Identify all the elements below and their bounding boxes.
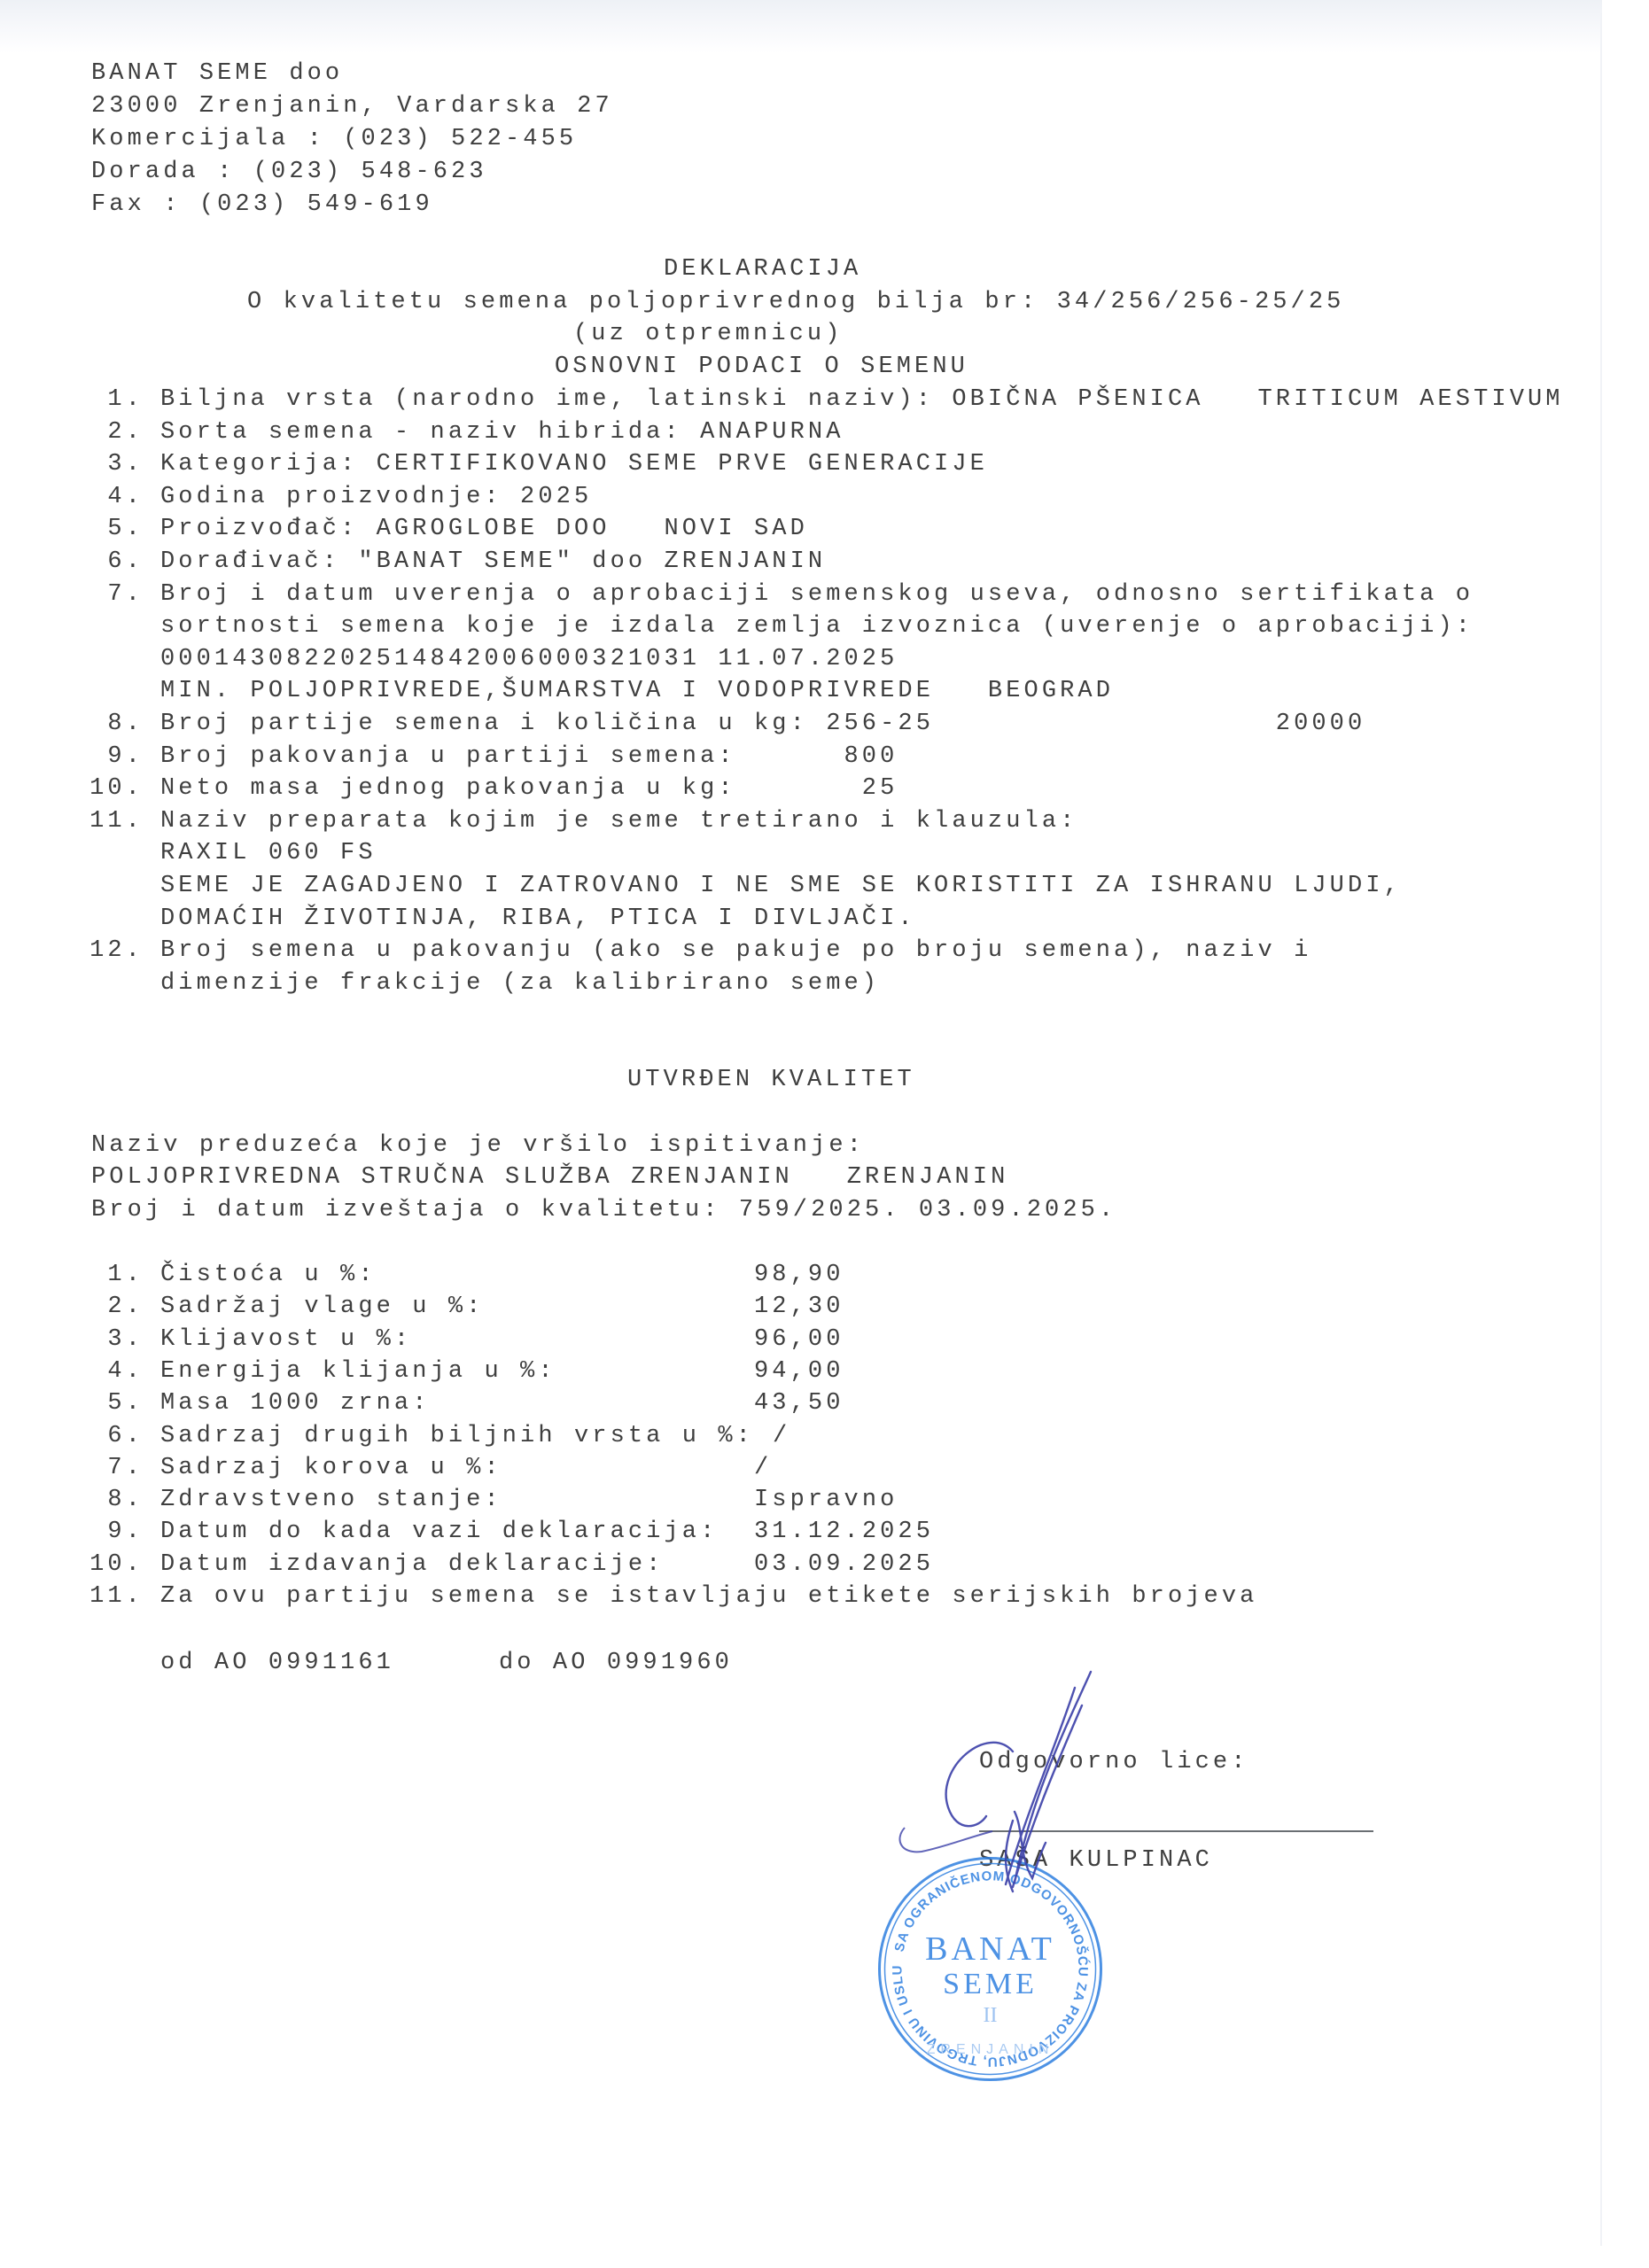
quality-item-label: Zdravstveno stanje: — [160, 1488, 502, 1512]
quality-item-number: 9. — [0, 1520, 144, 1544]
quality-item-number: 5. — [0, 1392, 144, 1416]
document-title: DEKLARACIJA — [664, 258, 861, 282]
stamp-center-line1: BANAT — [925, 1930, 1055, 1968]
basic-item-number: 9. — [0, 745, 144, 769]
basic-item-number: 6. — [0, 550, 144, 574]
quality-item-number: 10. — [0, 1553, 144, 1577]
document-subtitle: O kvalitetu semena poljoprivrednog bilja… — [247, 291, 1344, 315]
company-address: 23000 Zrenjanin, Vardarska 27 — [91, 95, 613, 119]
basic-item-text: Godina proizvodnje: 2025 — [160, 485, 592, 509]
processing-phone: Dorada : (023) 548-623 — [91, 160, 487, 184]
quality-item-value: / — [754, 1456, 772, 1480]
basic-item-text: Dorađivač: "BANAT SEME" doo ZRENJANIN — [160, 550, 826, 574]
quality-item-label: Datum do kada vazi deklaracija: — [160, 1520, 718, 1544]
quality-report: Broj i datum izveštaja o kvalitetu: 759/… — [91, 1199, 1116, 1223]
basic-item-number: 10. — [0, 777, 144, 801]
quality-item-value: 43,50 — [754, 1392, 844, 1416]
quality-item-number: 11. — [0, 1585, 144, 1609]
quality-item-number: 6. — [0, 1425, 144, 1449]
quality-item-number: 2. — [0, 1295, 144, 1319]
quality-item-value: Ispravno — [754, 1488, 898, 1512]
section-basic-data-heading: OSNOVNI PODACI O SEMENU — [555, 355, 968, 379]
quality-item-label: Čistoća u %: — [160, 1263, 377, 1287]
basic-item-text: Naziv preparata kojim je seme tretirano … — [160, 810, 1077, 834]
stamp-city: ZRENJANIN — [927, 2042, 1054, 2057]
stamp-numeral: II — [984, 2004, 998, 2027]
basic-item-text: Kategorija: CERTIFIKOVANO SEME PRVE GENE… — [160, 453, 988, 477]
basic-item-text: Broj i datum uverenja o aprobaciji semen… — [160, 583, 1474, 607]
document-note: (uz otpremnicu) — [573, 322, 844, 346]
quality-item-value: 94,00 — [754, 1360, 844, 1384]
basic-item-text: Broj partije semena i količina u kg: 256… — [160, 712, 1365, 736]
quality-item-value: 03.09.2025 — [754, 1553, 934, 1577]
scan-shadow — [0, 0, 1602, 53]
basic-item-number: 3. — [0, 453, 144, 477]
quality-item-number: 7. — [0, 1456, 144, 1480]
basic-item-number: 11. — [0, 810, 144, 834]
serial-from: od AO 0991161 — [160, 1651, 394, 1675]
quality-item-label: Datum izdavanja deklaracije: — [160, 1553, 664, 1577]
basic-item-text: MIN. POLJOPRIVREDE,ŠUMARSTVA I VODOPRIVR… — [160, 680, 1114, 703]
basic-item-text: Broj semena u pakovanju (ako se pakuje p… — [160, 939, 1311, 963]
basic-item-number: 7. — [0, 583, 144, 607]
quality-item-label: Energija klijanja u %: — [160, 1360, 556, 1384]
basic-item-text: DOMAĆIH ŽIVOTINJA, RIBA, PTICA I DIVLJAČ… — [160, 907, 916, 931]
basic-item-text: Proizvođač: AGROGLOBE DOO NOVI SAD — [160, 517, 808, 541]
basic-item-text: Sorta semena - naziv hibrida: ANAPURNA — [160, 421, 844, 445]
basic-item-text: SEME JE ZAGADJENO I ZATROVANO I NE SME S… — [160, 874, 1402, 898]
basic-item-number: 8. — [0, 712, 144, 736]
quality-item-label: Za ovu partiju semena se istavljaju etik… — [160, 1585, 1257, 1609]
basic-item-text: Neto masa jednog pakovanja u kg: 25 — [160, 777, 898, 801]
quality-item-label: Sadrzaj drugih biljnih vrsta u %: — [160, 1425, 754, 1449]
lab-name: POLJOPRIVREDNA STRUČNA SLUŽBA ZRENJANIN … — [91, 1166, 1008, 1190]
basic-item-text: RAXIL 060 FS — [160, 842, 377, 866]
quality-item-value: 96,00 — [754, 1328, 844, 1352]
basic-item-text: sortnosti semena koje je izdala zemlja i… — [160, 615, 1474, 639]
quality-item-value: 98,90 — [754, 1263, 844, 1287]
quality-item-number: 3. — [0, 1328, 144, 1352]
basic-item-text: Biljna vrsta (narodno ime, latinski nazi… — [160, 388, 1564, 412]
basic-item-text: Broj pakovanja u partiji semena: 800 — [160, 745, 898, 769]
company-name: BANAT SEME doo — [91, 62, 343, 86]
stamp-center-line2: SEME — [943, 1968, 1038, 2000]
lab-label: Naziv preduzeća koje je vršilo ispitivan… — [91, 1134, 865, 1158]
quality-item-label: Klijavost u %: — [160, 1328, 412, 1352]
quality-item-value: 12,30 — [754, 1295, 844, 1319]
quality-item-value: 31.12.2025 — [754, 1520, 934, 1544]
quality-item-label: Sadrzaj korova u %: — [160, 1456, 502, 1480]
basic-item-number: 5. — [0, 517, 144, 541]
commercial-phone: Komercijala : (023) 522-455 — [91, 128, 577, 151]
basic-item-number: 4. — [0, 485, 144, 509]
basic-item-number: 1. — [0, 388, 144, 412]
basic-item-number: 12. — [0, 939, 144, 963]
quality-item-number: 8. — [0, 1488, 144, 1512]
basic-item-text: dimenzije frakcije (za kalibrirano seme) — [160, 972, 880, 996]
quality-item-number: 1. — [0, 1263, 144, 1287]
serial-to: do AO 0991960 — [499, 1651, 733, 1675]
quality-item-label: Masa 1000 zrna: — [160, 1392, 431, 1416]
quality-item-label: Sadržaj vlage u %: — [160, 1295, 484, 1319]
handwritten-signature-icon — [882, 1652, 1147, 1918]
quality-item-number: 4. — [0, 1360, 144, 1384]
basic-item-number: 2. — [0, 421, 144, 445]
section-quality-heading: UTVRĐEN KVALITET — [627, 1068, 915, 1092]
page-edge — [1600, 13, 1602, 2246]
basic-item-text: 000143082202514842006000321031 11.07.202… — [160, 648, 898, 672]
fax-number: Fax : (023) 549-619 — [91, 193, 433, 217]
quality-item-value: / — [773, 1425, 790, 1449]
